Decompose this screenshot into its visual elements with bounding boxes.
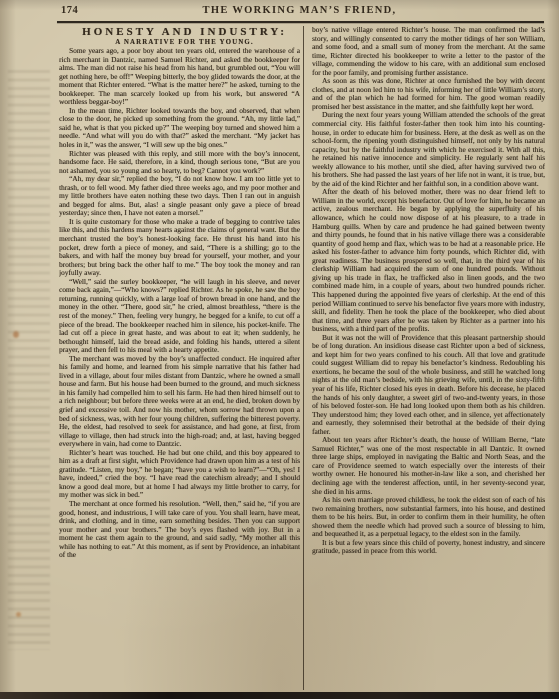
paragraph: Richter’s heart was touched. He had but …: [59, 449, 300, 500]
left-column: HONESTY AND INDUSTRY: A NARRATIVE FOR TH…: [59, 26, 300, 691]
column-divider: [303, 26, 304, 690]
paragraph: Some years ago, a poor boy about ten yea…: [59, 47, 300, 107]
paragraph: It is quite customary for those who make…: [59, 218, 300, 278]
paragraph: Richter was pleased with this reply, and…: [59, 150, 300, 176]
paragraph: It is but a few years since this child o…: [312, 539, 545, 556]
foxing-spot: [13, 331, 19, 338]
paragraph: In the mean time, Richter looked towards…: [59, 107, 300, 150]
paragraph-continuation: boy’s native village entered Richter’s h…: [312, 26, 545, 77]
paragraph: About ten years after Richter’s death, t…: [312, 436, 545, 496]
article-title: HONESTY AND INDUSTRY:: [59, 26, 300, 39]
paragraph: After the death of his beloved mother, t…: [312, 188, 545, 333]
paragraph: As his own marriage proved childless, he…: [312, 496, 545, 539]
right-column: boy’s native village entered Richter’s h…: [312, 26, 545, 691]
paragraph: During the next four years young William…: [312, 111, 545, 188]
paragraph: But it was not the will of Providence th…: [312, 334, 545, 437]
paragraph: The merchant was moved by the boy’s unaf…: [59, 355, 300, 449]
header-rule: [57, 21, 544, 23]
paragraph: As soon as this was done, Richter at onc…: [312, 77, 545, 111]
showthrough-ghost-text: [8, 70, 50, 650]
foxing-spot: [16, 612, 21, 617]
paragraph: “Ah, my dear sir,” replied the boy, “I d…: [59, 175, 300, 218]
scanned-page: 174 THE WORKING MAN’S FRIEND, HONESTY AN…: [0, 0, 559, 699]
paragraph: The merchant at once formed his resoluti…: [59, 500, 300, 560]
paragraph: “Well,” said the surley bookkeeper, “he …: [59, 278, 300, 355]
scan-bottom-edge: [0, 692, 559, 699]
journal-running-title: THE WORKING MAN’S FRIEND,: [40, 5, 559, 16]
